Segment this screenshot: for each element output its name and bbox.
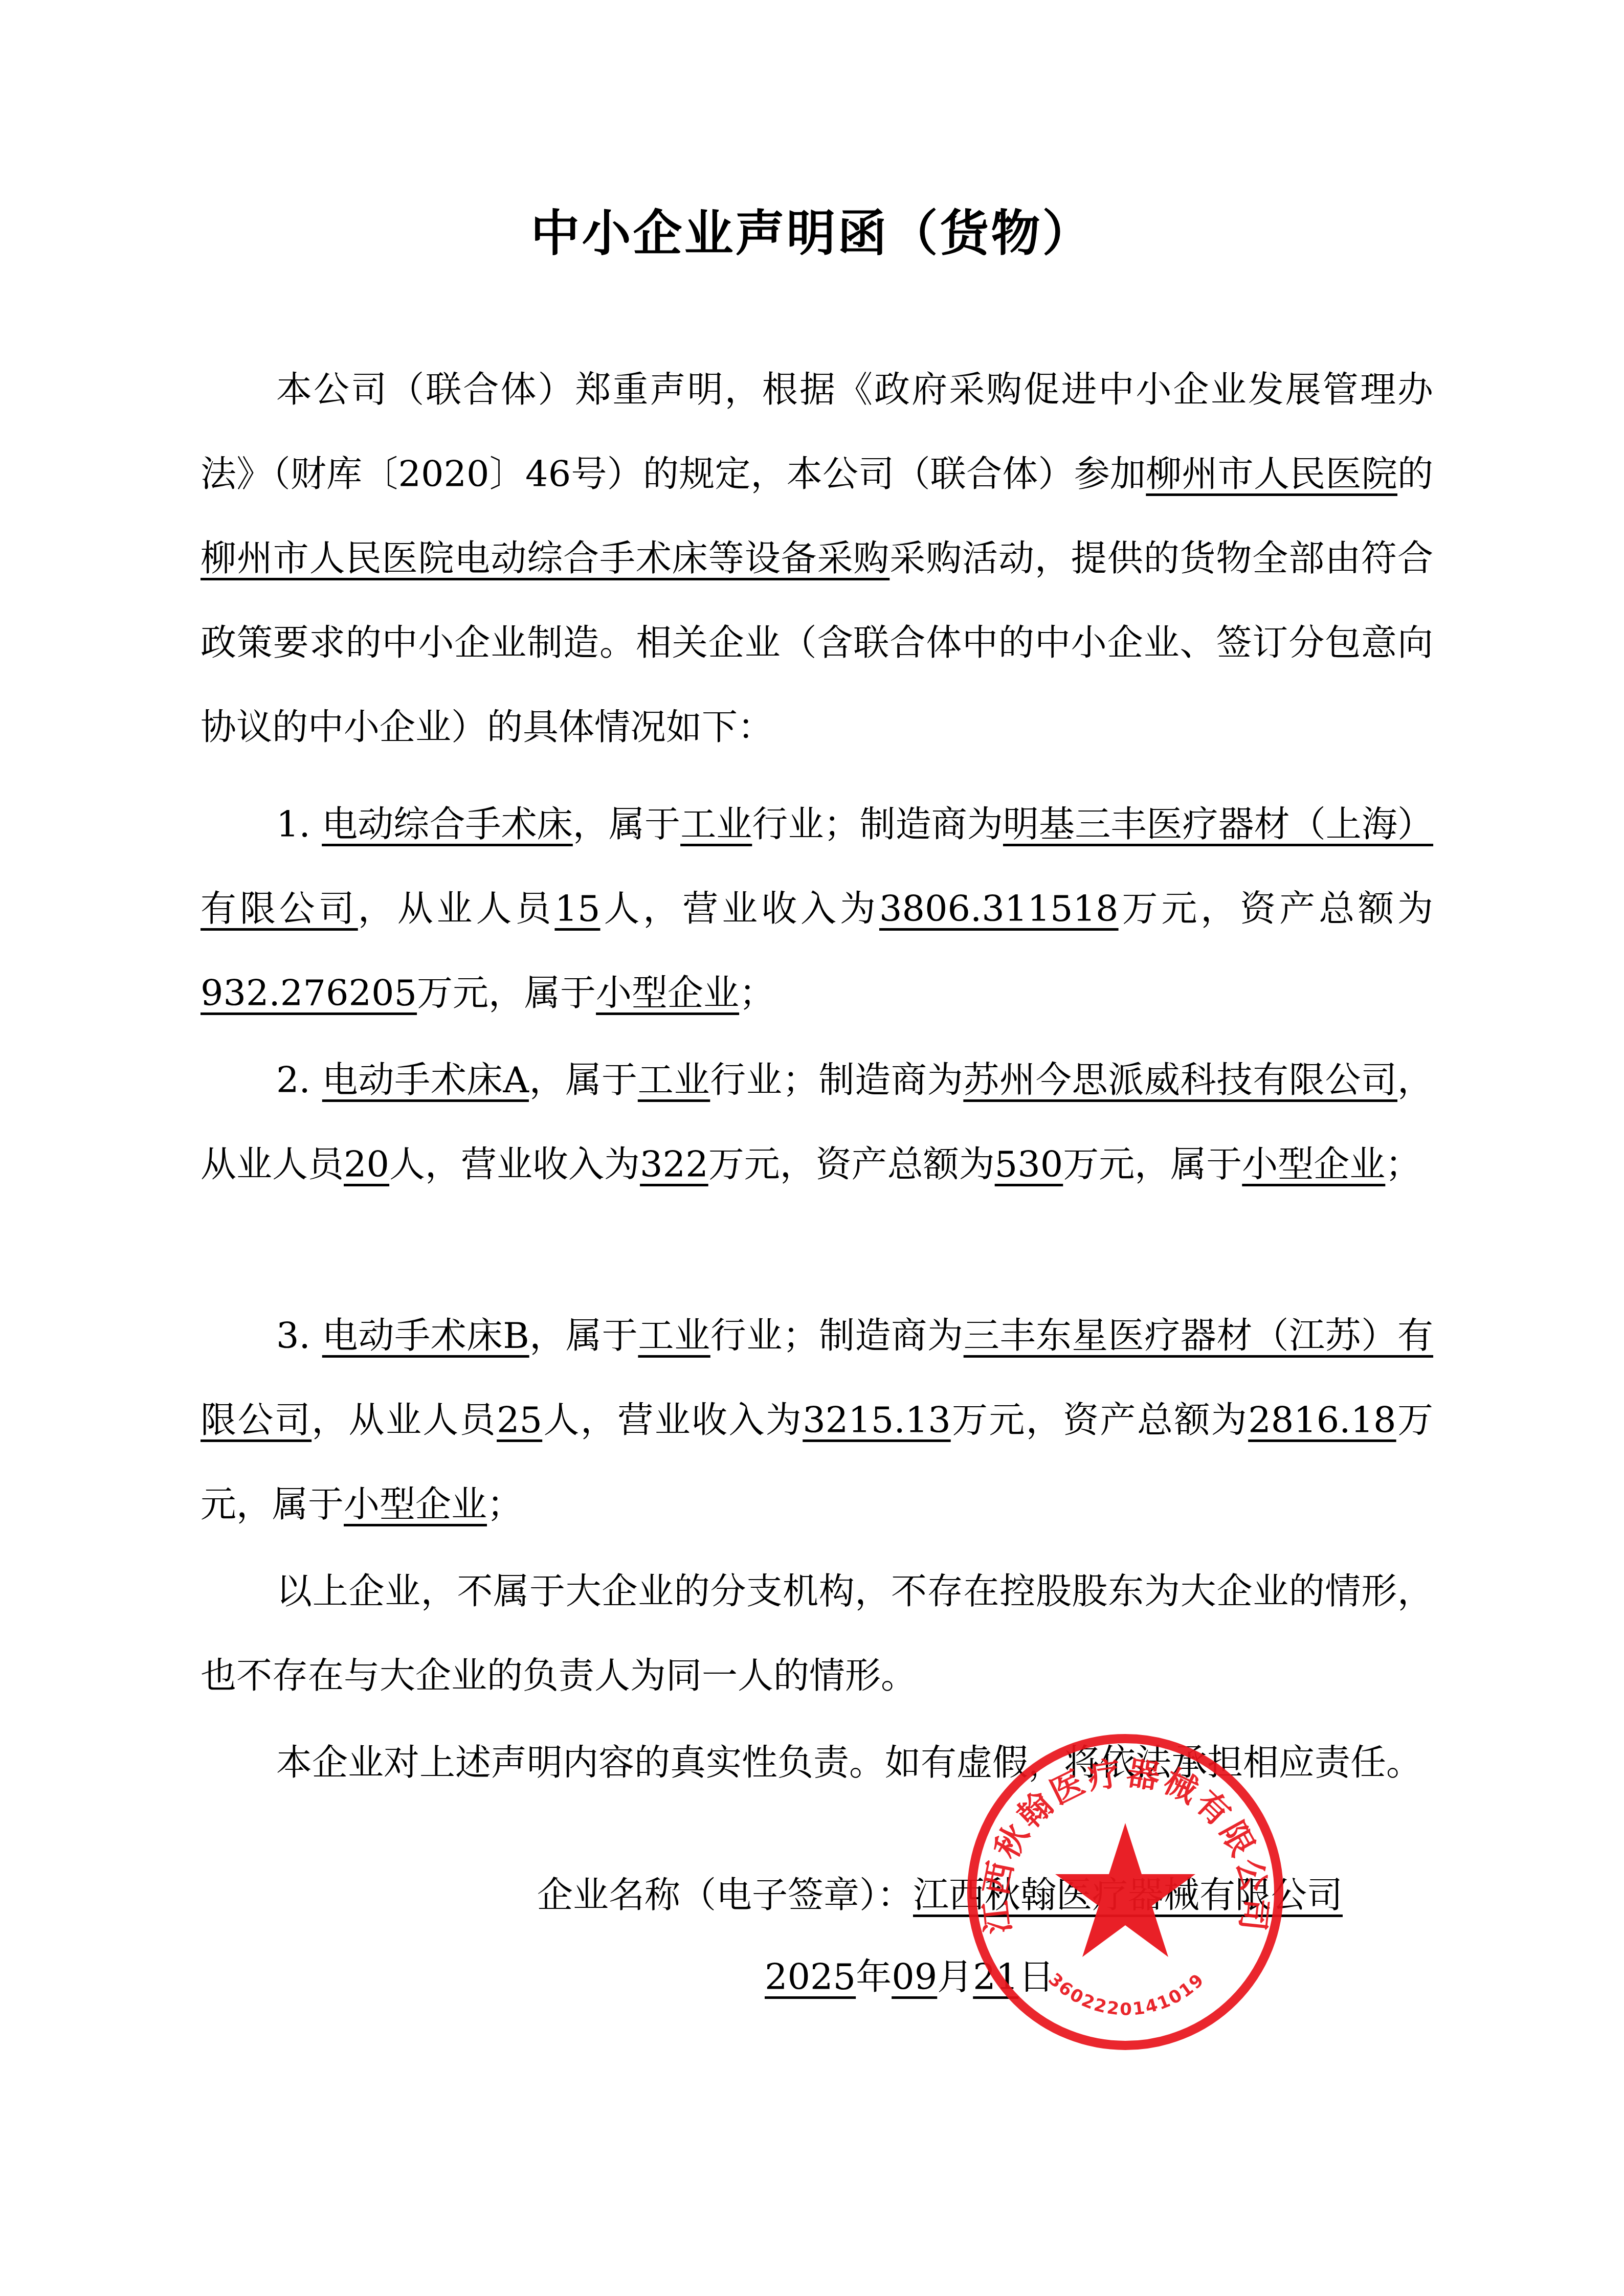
size-field: 小型企业 <box>1242 1143 1385 1185</box>
item-number: 3. <box>276 1315 310 1357</box>
statement-text: 以上企业，不属于大企业的分支机构，不存在控股股东为大企业的情形，也不存在与大企业… <box>201 1549 1433 1718</box>
industry-field: 工业 <box>680 803 752 845</box>
date-line: 2025年09月21日 <box>765 1948 1054 2000</box>
date-day: 21 <box>973 1956 1018 1998</box>
label: 万元，资产总额为 <box>951 1399 1248 1441</box>
item-number: 1. <box>276 803 310 845</box>
product-field: 电动手术床A <box>322 1059 529 1101</box>
signature-label: 企业名称（电子签章）： <box>537 1874 913 1916</box>
intro-text-2: 的 <box>1397 453 1433 495</box>
document-title: 中小企业声明函（货物） <box>0 194 1624 264</box>
label: 行业；制造商为 <box>710 1315 964 1357</box>
revenue-field: 3215.13 <box>803 1399 950 1441</box>
label: ； <box>739 972 775 1014</box>
company-name: 江西秋翰医疗器械有限公司 <box>913 1874 1343 1916</box>
item-2: 2. 电动手术床A，属于工业行业；制造商为苏州今思派威科技有限公司，从业人员20… <box>201 1038 1433 1207</box>
label: 日 <box>1018 1956 1054 1998</box>
revenue-field: 322 <box>640 1143 708 1185</box>
product-field: 电动综合手术床 <box>322 803 573 845</box>
label: 人，营业收入为 <box>389 1143 640 1185</box>
statement-paragraph-2: 本企业对上述声明内容的真实性负责。如有虚假，将依法承担相应责任。 <box>201 1721 1433 1805</box>
employees-field: 20 <box>344 1143 389 1185</box>
label: 行业；制造商为 <box>752 803 1003 845</box>
seal-code: 3602220141019 <box>1044 1969 1209 2020</box>
signature-line: 企业名称（电子签章）：江西秋翰医疗器械有限公司 <box>537 1866 1343 1918</box>
project-field: 柳州市人民医院电动综合手术床等设备采购 <box>201 537 889 579</box>
label: 万元，资产总额为 <box>1119 888 1433 930</box>
manufacturer-field: 苏州今思派威科技有限公司 <box>963 1059 1397 1101</box>
statement-text: 本企业对上述声明内容的真实性负责。如有虚假，将依法承担相应责任。 <box>201 1721 1433 1805</box>
label: 行业；制造商为 <box>710 1059 963 1101</box>
industry-field: 工业 <box>638 1315 710 1357</box>
label: 人，营业收入为 <box>542 1399 803 1441</box>
revenue-field: 3806.311518 <box>879 888 1119 930</box>
label: 万元，资产总额为 <box>708 1143 995 1185</box>
product-field: 电动手术床B <box>322 1315 529 1357</box>
purchaser-field: 柳州市人民医院 <box>1146 453 1397 495</box>
label: ； <box>1385 1143 1421 1185</box>
label: ； <box>487 1483 523 1525</box>
date-month: 09 <box>892 1956 937 1998</box>
industry-field: 工业 <box>638 1059 710 1101</box>
employees-field: 25 <box>497 1399 542 1441</box>
label: ，从业人员 <box>312 1399 497 1441</box>
document-page: 中小企业声明函（货物） 本公司（联合体）郑重声明，根据《政府采购促进中小企业发展… <box>0 0 1624 2296</box>
label: ，从业人员 <box>358 888 555 930</box>
label: 万元，属于 <box>1063 1143 1242 1185</box>
label: ，属于 <box>529 1059 638 1101</box>
size-field: 小型企业 <box>596 972 739 1014</box>
item-number: 2. <box>276 1059 310 1101</box>
item-1: 1. 电动综合手术床，属于工业行业；制造商为明基三丰医疗器材（上海）有限公司，从… <box>201 782 1433 1036</box>
label: 万元，属于 <box>417 972 596 1014</box>
svg-text:3602220141019: 3602220141019 <box>1044 1969 1209 2020</box>
label: ，属于 <box>529 1315 638 1357</box>
size-field: 小型企业 <box>344 1483 487 1525</box>
label: 年 <box>856 1956 892 1998</box>
intro-paragraph: 本公司（联合体）郑重声明，根据《政府采购促进中小企业发展管理办法》（财库〔202… <box>201 348 1433 770</box>
date-year: 2025 <box>765 1956 856 1998</box>
label: ，属于 <box>573 803 680 845</box>
assets-field: 530 <box>995 1143 1063 1185</box>
item-3: 3. 电动手术床B，属于工业行业；制造商为三丰东星医疗器材（江苏）有限公司，从业… <box>201 1294 1433 1547</box>
employees-field: 15 <box>554 888 600 930</box>
assets-field: 2816.18 <box>1248 1399 1396 1441</box>
assets-field: 932.276205 <box>201 972 417 1014</box>
label: 月 <box>937 1956 973 1998</box>
statement-paragraph-1: 以上企业，不属于大企业的分支机构，不存在控股股东为大企业的情形，也不存在与大企业… <box>201 1549 1433 1718</box>
label: 人，营业收入为 <box>600 888 879 930</box>
